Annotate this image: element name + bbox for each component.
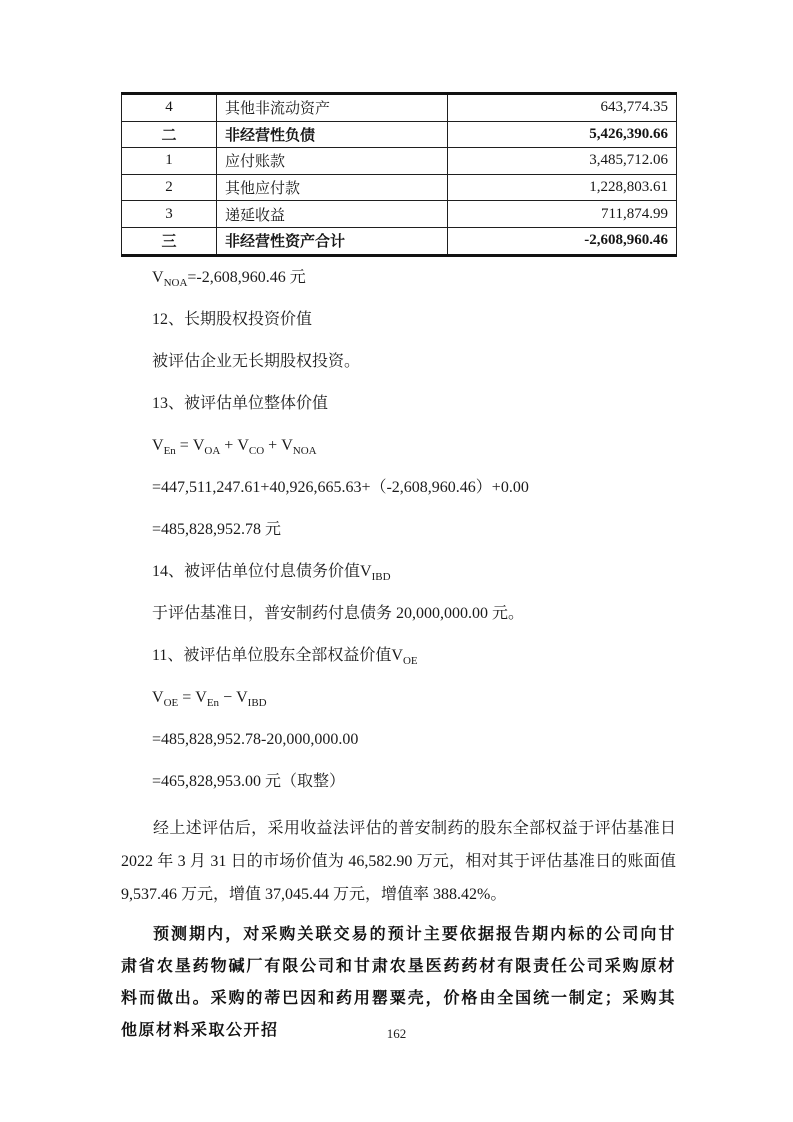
page-content: 4 其他非流动资产 643,774.35 二 非经营性负债 5,426,390.… — [121, 92, 676, 1047]
row-number-cell: 3 — [122, 201, 217, 228]
row-number-cell: 1 — [122, 148, 217, 175]
text-ibd-debt: 于评估基准日，普安制药付息债务 20,000,000.00 元。 — [121, 593, 676, 635]
row-number-cell: 2 — [122, 174, 217, 201]
conclusion-paragraph: 经上述评估后，采用收益法评估的普安制药的股东全部权益于评估基准日2022 年 3… — [121, 812, 676, 911]
row-number-cell: 4 — [122, 94, 217, 122]
table-row: 1 应付账款 3,485,712.06 — [122, 148, 677, 175]
item-value-cell: 5,426,390.66 — [448, 121, 677, 148]
formula-subscript: En — [164, 445, 176, 457]
formula-vnoa: VNOA=-2,608,960.46 元 — [121, 257, 676, 299]
table-row: 3 递延收益 711,874.99 — [122, 201, 677, 228]
formula-base: V — [236, 689, 248, 706]
formula-ven-result: =485,828,952.78 元 — [121, 509, 676, 551]
heading-12: 12、长期股权投资价值 — [121, 299, 676, 341]
formula-subscript: IBD — [248, 697, 267, 709]
item-name-cell: 非经营性负债 — [217, 121, 448, 148]
operator: = — [178, 689, 195, 706]
formula-subscript: NOA — [164, 277, 188, 289]
heading-text: 11、被评估单位股东全部权益价值V — [152, 647, 403, 664]
heading-14: 14、被评估单位付息债务价值VIBD — [121, 551, 676, 593]
heading-13: 13、被评估单位整体价值 — [121, 383, 676, 425]
formula-voe-step2: =485,828,952.78-20,000,000.00 — [121, 719, 676, 761]
heading-text: 14、被评估单位付息债务价值V — [152, 563, 372, 580]
table-row: 2 其他应付款 1,228,803.61 — [122, 174, 677, 201]
table-row: 二 非经营性负债 5,426,390.66 — [122, 121, 677, 148]
item-value-cell: 1,228,803.61 — [448, 174, 677, 201]
valuation-table: 4 其他非流动资产 643,774.35 二 非经营性负债 5,426,390.… — [121, 92, 677, 257]
formula-base: V — [152, 269, 164, 286]
formula-voe-result: =465,828,953.00 元（取整） — [121, 761, 676, 803]
item-name-cell: 递延收益 — [217, 201, 448, 228]
formula-base: V — [237, 437, 249, 454]
operator: + — [220, 437, 237, 454]
item-name-cell: 其他应付款 — [217, 174, 448, 201]
formula-subscript: OE — [403, 655, 418, 667]
formula-subscript: CO — [249, 445, 264, 457]
formula-base: V — [152, 689, 164, 706]
page-number: 162 — [0, 1026, 793, 1042]
formula-subscript: IBD — [372, 571, 391, 583]
formula-subscript: OA — [204, 445, 220, 457]
formula-ven-step2: =447,511,247.61+40,926,665.63+（-2,608,96… — [121, 467, 676, 509]
item-name-cell: 应付账款 — [217, 148, 448, 175]
document-page: 4 其他非流动资产 643,774.35 二 非经营性负债 5,426,390.… — [0, 0, 793, 1122]
formula-base: V — [195, 689, 207, 706]
table-row: 三 非经营性资产合计 -2,608,960.46 — [122, 227, 677, 255]
heading-11: 11、被评估单位股东全部权益价值VOE — [121, 635, 676, 677]
formula-subscript: OE — [164, 697, 179, 709]
formula-base: V — [193, 437, 205, 454]
formula-rest: =-2,608,960.46 元 — [187, 269, 305, 286]
item-value-cell: 711,874.99 — [448, 201, 677, 228]
item-name-cell: 非经营性资产合计 — [217, 227, 448, 255]
formula-voe: VOE=VEn−VIBD — [121, 677, 676, 719]
operator: − — [219, 689, 236, 706]
formula-ven: VEn=VOA+VCO+VNOA — [121, 425, 676, 467]
operator: + — [264, 437, 281, 454]
item-value-cell: -2,608,960.46 — [448, 227, 677, 255]
operator: = — [176, 437, 193, 454]
formula-base: V — [152, 437, 164, 454]
row-number-cell: 二 — [122, 121, 217, 148]
formula-subscript: NOA — [293, 445, 317, 457]
formula-subscript: En — [207, 697, 219, 709]
row-number-cell: 三 — [122, 227, 217, 255]
item-name-cell: 其他非流动资产 — [217, 94, 448, 122]
table-row: 4 其他非流动资产 643,774.35 — [122, 94, 677, 122]
formula-base: V — [281, 437, 293, 454]
text-no-lt-investment: 被评估企业无长期股权投资。 — [121, 341, 676, 383]
item-value-cell: 643,774.35 — [448, 94, 677, 122]
item-value-cell: 3,485,712.06 — [448, 148, 677, 175]
